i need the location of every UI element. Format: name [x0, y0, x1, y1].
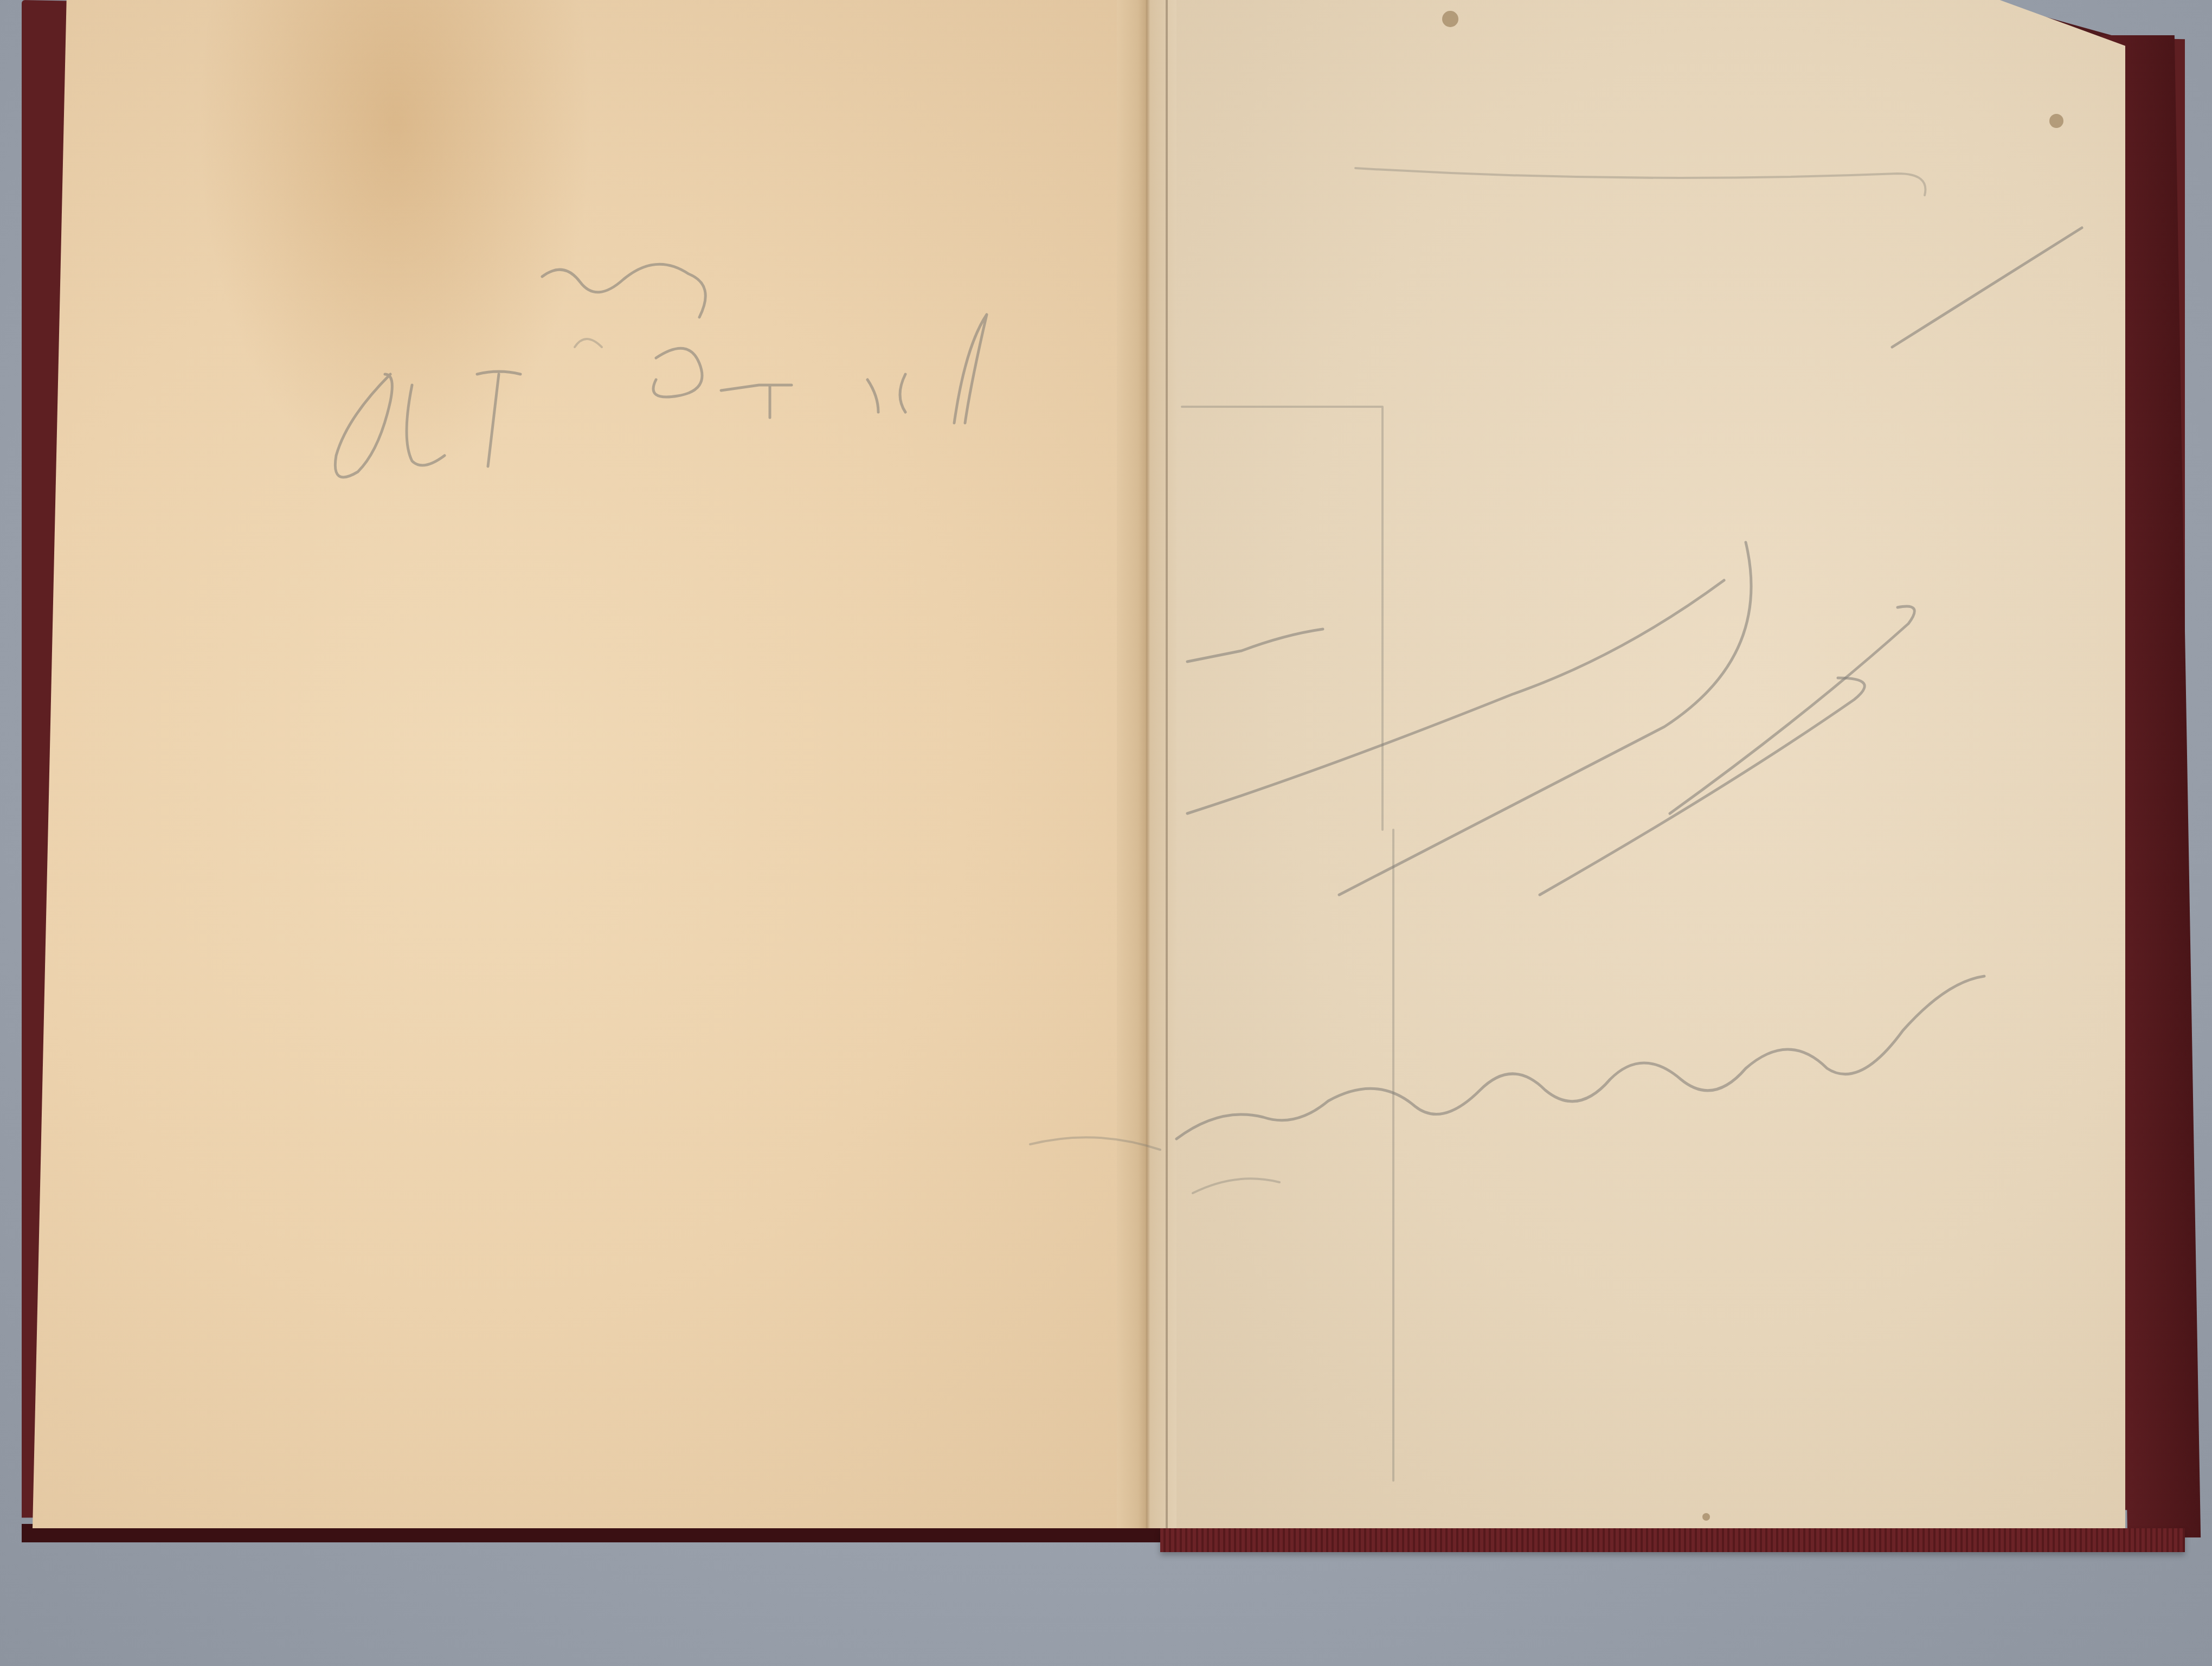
foxing-spot — [1702, 1513, 1710, 1521]
foxing-spot — [2049, 114, 2063, 128]
hinge-crease — [1166, 0, 1168, 1528]
right-endpaper — [1160, 0, 2125, 1528]
book-photo — [0, 0, 2212, 1666]
left-endpaper — [33, 0, 1166, 1528]
cover-bottom-cloth-edge — [1160, 1528, 2185, 1552]
foxing-spot — [1442, 11, 1458, 27]
